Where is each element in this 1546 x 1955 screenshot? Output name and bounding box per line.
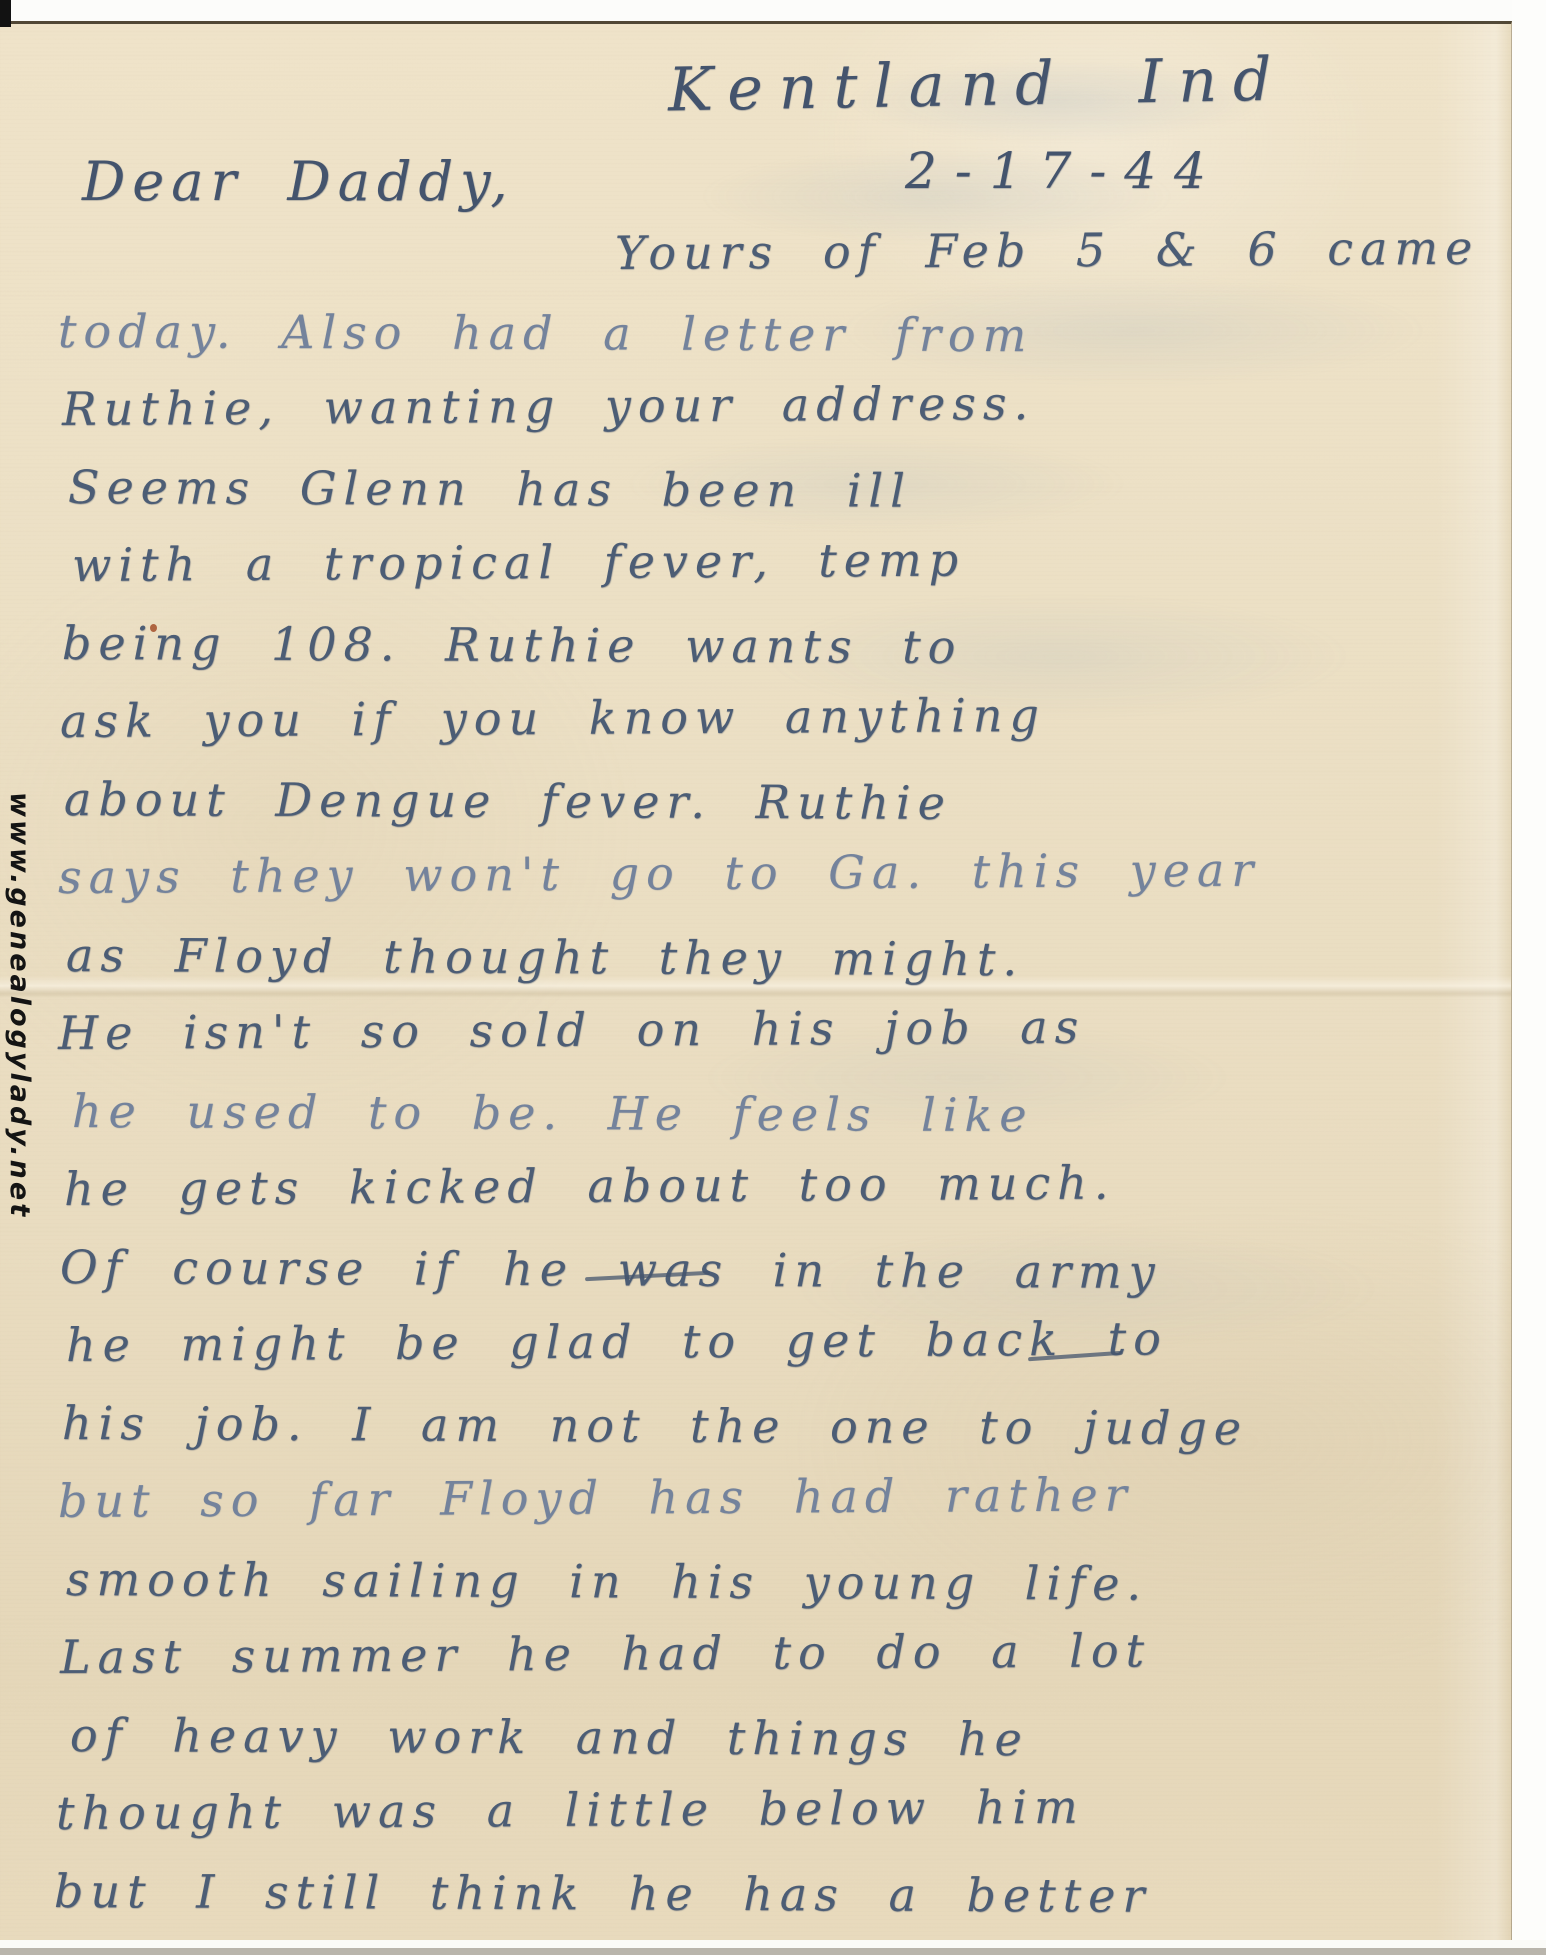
handwritten-line: he might be glad to get back to (66, 1297, 1511, 1384)
handwritten-line: Last summer he had to do a lot (60, 1609, 1511, 1696)
scanner-background-top (0, 0, 1546, 21)
handwritten-line: says they won't go to Ga. this year (58, 829, 1511, 916)
scan-corner-mark (0, 0, 11, 27)
letter-date: 2-17-44 (905, 142, 1224, 200)
handwritten-line: with a tropical fever, temp (72, 517, 1511, 604)
scanned-letter-page: Kentland Ind 2-17-44 Dear Daddy, Yours o… (0, 0, 1546, 1955)
handwritten-line: he gets kicked about too much. (64, 1141, 1511, 1228)
handwritten-line: He isn't so sold on his job as (58, 985, 1511, 1072)
scanner-background-right (1512, 0, 1546, 1955)
handwritten-line: but so far Floyd has had rather (58, 1453, 1511, 1540)
handwritten-line: but I still think he has a better (54, 1852, 1511, 1936)
handwritten-line: Ruthie, wanting your address. (62, 361, 1511, 448)
letter-location: Kentland Ind (667, 45, 1287, 126)
letter-paper: Kentland Ind 2-17-44 Dear Daddy, Yours o… (0, 21, 1512, 1943)
handwritten-line: Yours of Feb 5 & 6 came (615, 209, 1511, 292)
handwritten-line: thought was a little below him (56, 1765, 1511, 1852)
letter-body: Yours of Feb 5 & 6 came today. Also had … (0, 214, 1511, 1930)
watermark: www.genealogylady.net (4, 792, 35, 1219)
scanner-edge-strip (0, 1948, 1546, 1955)
salutation: Dear Daddy, (82, 150, 515, 213)
handwritten-line: ask you if you know anything (60, 673, 1511, 760)
